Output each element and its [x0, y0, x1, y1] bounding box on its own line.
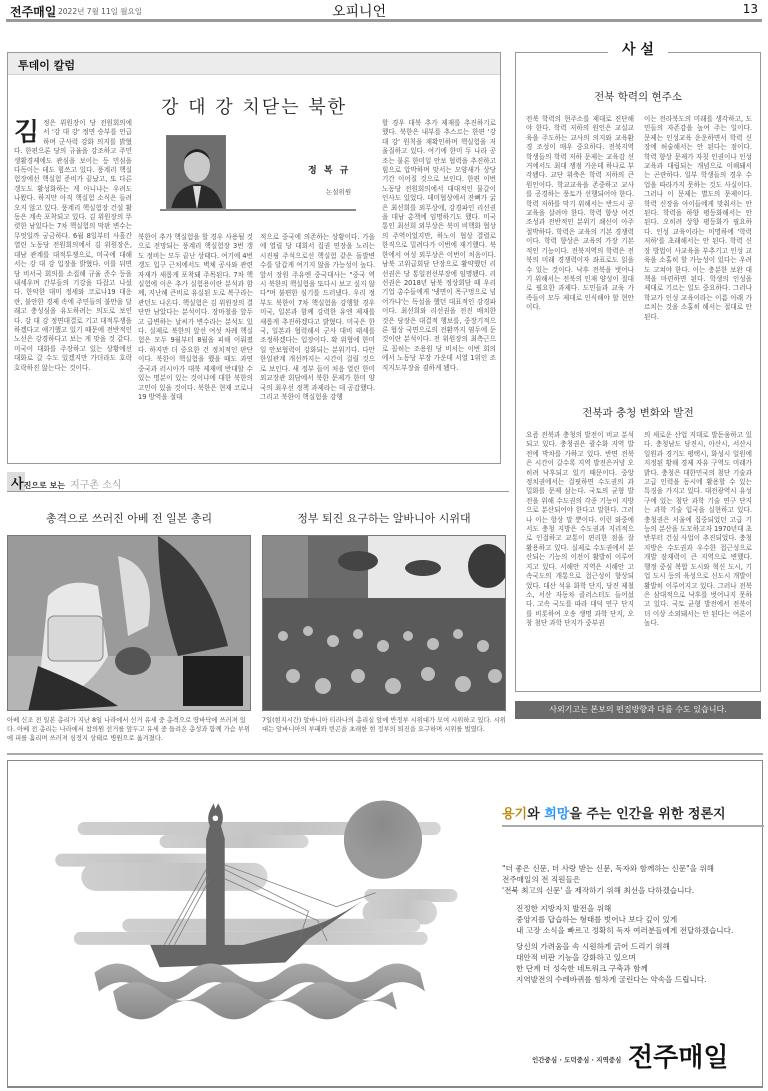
photo-title-1: 총격으로 쓰러진 아베 전 일본 총리: [7, 510, 251, 526]
author-role: 논설위원: [326, 187, 351, 196]
house-ad: 용기와 희망을 주는 인간을 위한 정론지 "더 좋은 신문, 더 사랑 받는 …: [7, 760, 763, 1088]
editorial-box: 사 설 전북 학력의 현주소 전북 학력의 현주소를 제대로 진단해야 한다. …: [515, 52, 761, 692]
photo-caption-1: 아베 신조 전 일본 총리가 지난 8일 나라에서 선거 유세 중 총격으로 땅…: [7, 716, 253, 743]
editorial-2-col1: 요즘 전북과 충청의 발전이 비교 분석되고 있다. 충청권은 괄수화 지역 발…: [526, 431, 634, 687]
ship-illustration: [28, 781, 468, 1051]
editorial-title-2: 전북과 충청 변화와 발전: [516, 405, 760, 420]
ad-paragraph-1: "더 좋은 신문, 더 사랑 받는 신문, 독자와 함께하는 신문"을 위해 전…: [502, 863, 764, 896]
column-text-col4: 할 경우 대북 추가 제재를 추진하기로 했다. 북한은 내부를 추스르는 한편…: [382, 119, 496, 459]
masthead: 전주매일 2022년 7월 11일 월요일 오피니언 13: [6, 0, 762, 22]
disclaimer-banner: 사외기고는 본보의 편집방향과 다를 수도 있습니다.: [515, 701, 761, 719]
column-header: 투데이 칼럼: [8, 53, 500, 75]
column-text-col3: 적으로 중국에 의존하는 상황이다. 가을에 열릴 당 대회서 집권 연장을 노…: [260, 233, 375, 459]
ad-divider: [502, 825, 764, 827]
photo-caption-2: 7일(현지시간) 알바니아 티라나의 총리실 앞에 반정부 시위대가 모여 시위…: [262, 716, 510, 734]
ad-slogan: 용기와 희망을 주는 인간을 위한 정론지: [502, 803, 726, 822]
photo-title-2: 정부 퇴진 요구하는 알바니아 시위대: [262, 510, 506, 526]
editorial-header: 사 설: [516, 39, 760, 59]
page-number: 13: [743, 2, 758, 16]
section-divider: [7, 753, 763, 755]
editorial-title-1: 전북 학력의 현주소: [516, 89, 760, 104]
section-title: 오피니언: [332, 1, 386, 21]
column-text-col2: 북한이 추가 핵실험을 할 경우 사용될 것으로 전망되는 풍계리 핵실험장 3…: [138, 233, 253, 459]
editorial-1-col1: 전북 학력의 현주소를 제대로 진단해야 한다. 학력 저하의 원인은 교실교육…: [526, 115, 634, 385]
newspaper-logo: 전주매일: [10, 3, 56, 20]
ad-paragraph-3: 당신의 가려움을 속 시원하게 긁어 드리기 위해 대안적 비판 기능을 강화하…: [516, 941, 766, 985]
column-title: 강 대 강 치닫는 북한: [8, 93, 500, 119]
editorial-2-col2: 의 새로운 산업 지대로 발돋움하고 있다. 충청남도 당진시, 아산시, 서산…: [644, 431, 752, 687]
issue-date: 2022년 7월 11일 월요일: [58, 6, 142, 17]
ad-tagline: 인간중심 · 도덕중심 · 지역중심: [532, 1055, 621, 1064]
divider: [160, 209, 356, 211]
today-column: 투데이 칼럼 강 대 강 치닫는 북한 정 복 규 논설위원 김정은 위원장이 …: [7, 52, 501, 464]
editorial-1-col2: 이는 전라북도의 미래를 생각하고, 도민들의 자존감을 높여 주는 일이다. …: [644, 115, 752, 385]
ad-logo: 전주매일: [628, 1037, 728, 1074]
photo-news-header: 사진으로 보는 지구촌 소식: [7, 472, 509, 492]
photo-albania-protest: [262, 535, 506, 711]
author-name: 정 복 규: [308, 163, 350, 176]
column-text-col1: 김정은 위원장이 당 전원회의에서 '강 대 강' 정면 승부를 언급하며 군사…: [14, 119, 132, 459]
dropcap: 김: [14, 119, 39, 145]
photo-abe-shooting: [7, 535, 251, 711]
ad-paragraph-2: 진정한 지방자치 발전을 위해 중앙지를 답습하는 형태를 벗어나 보다 깊이 …: [516, 903, 766, 936]
author-photo: [166, 135, 226, 209]
